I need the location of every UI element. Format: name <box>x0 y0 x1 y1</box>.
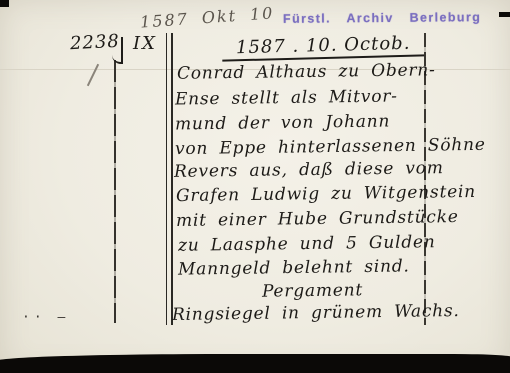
margin-marks: ·· – <box>22 310 69 325</box>
column-rule-middle <box>166 33 173 325</box>
seal-note: Ringsiegel in grünem Wachs. <box>172 301 460 325</box>
section-numeral: IX <box>133 33 157 54</box>
entry-line: mit einer Hube Grundstücke <box>176 207 459 231</box>
entry-line: Revers aus, daß diese vom <box>174 158 444 182</box>
entry-line: zu Laasphe und 5 Gulden <box>178 232 436 256</box>
entry-line: Ense stellt als Mitvor- <box>175 86 398 109</box>
column-rule-left <box>114 60 116 323</box>
entry-date-title: 1587 . 10. Octob. <box>222 32 425 61</box>
photo-border-bottom <box>0 354 510 373</box>
corner-mark-top-left <box>0 0 9 7</box>
edge-mark-right <box>499 12 510 17</box>
number-hook-flourish <box>112 37 123 64</box>
pencil-date-note: 1587 Okt 10 <box>140 3 275 31</box>
pencil-slash-mark <box>87 64 99 86</box>
archive-stamp: Fürstl. Archiv Berleburg <box>283 10 481 26</box>
entry-line: Manngeld belehnt sind. <box>178 256 410 279</box>
entry-line: mund der von Johann <box>175 111 390 134</box>
entry-line: von Eppe hinterlassenen Söhne <box>175 135 486 159</box>
entry-line: Grafen Ludwig zu Witgenstein <box>176 182 476 206</box>
archive-card-photo: 1587 Okt 10 Fürstl. Archiv Berleburg 223… <box>0 0 510 373</box>
material-note: Pergament <box>262 280 363 301</box>
entry-line: Conrad Althaus zu Obern- <box>177 60 436 84</box>
